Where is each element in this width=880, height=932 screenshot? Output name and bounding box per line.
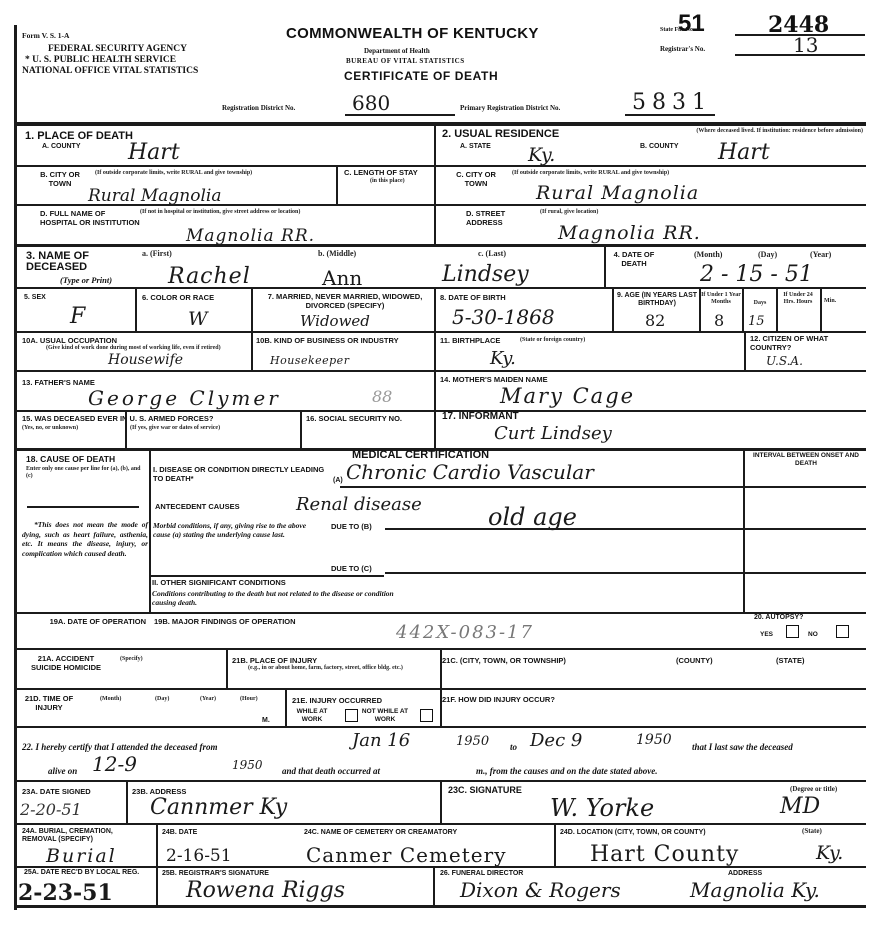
- informant: Curt Lindsey: [494, 423, 612, 444]
- cause-line-b-overwrite: Renal disease: [296, 494, 422, 515]
- injury-time-m: m.: [262, 716, 270, 725]
- cert-line2-b: and that death occurred at: [282, 766, 380, 776]
- received-date: 2-23-51: [18, 880, 113, 906]
- dod-label: 4. DATE OF DEATH: [612, 250, 656, 268]
- op-findings-label: 19b. MAJOR FINDINGS OF OPERATION: [154, 617, 296, 626]
- dod-day-label: (Day): [758, 251, 777, 258]
- autopsy-label: 20. AUTOPSY?: [754, 613, 803, 622]
- pod-city-hint: (If outside corporate limits, write RURA…: [95, 170, 330, 177]
- marital: Widowed: [300, 312, 370, 330]
- citizen-label: 12. CITIZEN OF WHAT COUNTRY?: [750, 335, 860, 352]
- dob-label: 8. DATE OF BIRTH: [440, 293, 506, 302]
- armed-hint-2: (If yes, give war or dates of service): [130, 425, 220, 432]
- certificate-title: CERTIFICATE OF DEATH: [344, 69, 498, 83]
- date-signed-label: 23a. DATE SIGNED: [22, 787, 91, 796]
- res-city-hint: (If outside corporate limits, write RURA…: [512, 170, 832, 177]
- pod-county: Hart: [128, 140, 180, 165]
- disease-label: I. DISEASE OR CONDITION DIRECTLY LEADING…: [153, 465, 333, 483]
- armed-hint-1: (Yes, no, or unknown): [22, 425, 78, 432]
- registrar-signature: Rowena Riggs: [186, 878, 345, 903]
- hours-label: If Under 24 Hrs. Hours: [778, 292, 818, 306]
- autopsy-yes-checkbox[interactable]: [786, 625, 799, 638]
- res-state-label: a. STATE: [460, 142, 491, 151]
- bureau: BUREAU OF VITAL STATISTICS: [346, 57, 465, 65]
- agency-line-2: * U. S. PUBLIC HEALTH SERVICE: [22, 55, 272, 66]
- pod-institution-hint: (If not in hospital or institution, give…: [140, 209, 420, 216]
- while-at-work-label: WHILE AT WORK: [290, 708, 334, 723]
- registrar-no-label: Registrar's No.: [660, 45, 705, 53]
- physician-address: Cannmer Ky: [150, 795, 287, 820]
- autopsy-no-label: NO: [808, 630, 818, 639]
- state-file-year: 51: [678, 10, 705, 38]
- primary-district-label: Primary Registration District No.: [460, 104, 560, 112]
- injury-time-hour: (Hour): [240, 696, 258, 703]
- cause-line-a: Chronic Cardio Vascular: [346, 460, 594, 484]
- name-label: 3. NAME OF DECEASED: [26, 251, 136, 273]
- due-c-label: DUE TO (c): [331, 564, 372, 573]
- first-name-label: a. (First): [142, 250, 172, 257]
- medical-section-title: MEDICAL CERTIFICATION: [352, 451, 489, 460]
- injury-type-hint: (Specify): [120, 656, 143, 663]
- burial-location-label: 24d. LOCATION (City, town, or county): [560, 828, 706, 837]
- agency-line-3: NATIONAL OFFICE VITAL STATISTICS: [22, 66, 272, 77]
- department: Department of Health: [364, 47, 430, 55]
- pod-institution: Magnolia RR.: [186, 226, 315, 246]
- citizen: U.S.A.: [766, 354, 803, 368]
- place-of-death-title: 1. PLACE OF DEATH: [25, 130, 133, 142]
- antecedent-label: ANTECEDENT CAUSES: [155, 502, 240, 511]
- marital-label: 7. MARRIED, NEVER MARRIED, WIDOWED, DIVO…: [256, 292, 434, 310]
- pod-county-label: a. COUNTY: [42, 142, 81, 151]
- race: W: [188, 308, 208, 330]
- funeral-director: Dixon & Rogers: [460, 878, 621, 902]
- cert-alive-year: 1950: [232, 758, 263, 772]
- name-hint: (Type or Print): [60, 275, 112, 285]
- res-county: Hart: [718, 140, 770, 165]
- injury-state-label: (STATE): [776, 656, 804, 665]
- form-number: Form V. S. 1-A: [22, 31, 69, 40]
- res-street: Magnolia RR.: [558, 222, 701, 244]
- age: 82: [645, 311, 665, 330]
- res-county-label: b. COUNTY: [640, 142, 679, 151]
- occupation-hint: (Give kind of work done during most of w…: [46, 345, 246, 352]
- cert-line1-a: 22. I hereby certify that I attended the…: [22, 742, 217, 752]
- residence-hint: (Where deceased lived. If institution: r…: [618, 128, 863, 135]
- res-street-label: d. STREET ADDRESS: [466, 209, 516, 227]
- date-of-death: 2 - 15 - 51: [700, 262, 813, 287]
- mother-label: 14. MOTHER'S MAIDEN NAME: [440, 375, 548, 384]
- injury-time-year: (Year): [200, 696, 216, 703]
- op-findings-note: 442X-083-17: [396, 622, 534, 643]
- physician-degree: MD: [780, 794, 820, 819]
- father: George Clymer: [88, 386, 281, 410]
- cause-footnote: *This does not mean the mode of dying, s…: [22, 520, 148, 558]
- received-label: 25a. DATE REC'D BY LOCAL REG.: [24, 869, 146, 877]
- age-label: 9. AGE (In years last birthday): [616, 292, 698, 308]
- primary-district: 5831: [632, 90, 712, 115]
- dob: 5-30-1868: [452, 305, 555, 329]
- injury-how-label: 21f. HOW DID INJURY OCCUR?: [442, 695, 555, 704]
- not-while-at-work-label: NOT WHILE AT WORK: [360, 708, 410, 723]
- signature-label: 23c. SIGNATURE: [448, 786, 522, 795]
- agency-block: FEDERAL SECURITY AGENCY * U. S. PUBLIC H…: [22, 44, 272, 77]
- state-title: COMMONWEALTH OF KENTUCKY: [286, 25, 539, 42]
- cert-to-date: Dec 9: [530, 730, 582, 751]
- injury-time-month: (Month): [100, 696, 121, 703]
- burial-location: Hart County: [590, 842, 739, 867]
- death-certificate: Form V. S. 1-A FEDERAL SECURITY AGENCY *…: [0, 0, 880, 932]
- business-label: 10b. KIND OF BUSINESS OR INDUSTRY: [256, 336, 432, 345]
- father-note: 88: [372, 387, 392, 406]
- business: Housekeeper: [270, 354, 349, 367]
- injury-time-day: (Day): [155, 696, 169, 703]
- other-conditions-hint: Conditions contributing to the death but…: [152, 589, 412, 607]
- res-city-label: c. CITY OR TOWN: [456, 170, 496, 188]
- cert-to-label: to: [510, 742, 517, 752]
- days-label: Days: [744, 300, 776, 307]
- burial-type-label: 24a. BURIAL, CREMATION, REMOVAL (Specify…: [22, 828, 142, 844]
- op-date-label: 19a. DATE OF OPERATION: [24, 617, 146, 627]
- cert-from-date: Jan 16: [352, 730, 410, 751]
- while-at-work-checkbox[interactable]: [345, 709, 358, 722]
- res-street-hint: (If rural, give location): [540, 209, 598, 216]
- injury-occurred-label: 21e. INJURY OCCURRED: [292, 696, 382, 705]
- informant-label: 17. INFORMANT: [442, 412, 519, 421]
- autopsy-yes-label: YES: [760, 630, 773, 639]
- mother: Mary Cage: [500, 384, 635, 408]
- dod-year-label: (Year): [810, 251, 831, 258]
- other-conditions-label: II. OTHER SIGNIFICANT CONDITIONS: [152, 578, 286, 587]
- cemetery: Canmer Cemetery: [306, 843, 507, 867]
- pod-city: Rural Magnolia: [88, 186, 221, 206]
- birthplace: Ky.: [490, 348, 516, 369]
- res-city: Rural Magnolia: [536, 182, 699, 204]
- race-label: 6. COLOR OR RACE: [142, 293, 214, 302]
- burial-type: Burial: [46, 845, 117, 867]
- interval-label: INTERVAL BETWEEN ONSET AND DEATH: [750, 452, 862, 467]
- pod-institution-label: d. FULL NAME OF HOSPITAL OR INSTITUTION: [40, 209, 140, 227]
- burial-state-label: (State): [802, 828, 822, 835]
- cert-line2-c: m., from the causes and on the date stat…: [476, 766, 658, 776]
- cert-line1-b: that I last saw the deceased: [692, 742, 793, 752]
- date-signed: 2-20-51: [20, 800, 82, 819]
- pod-city-label: b. CITY OR TOWN: [40, 170, 80, 188]
- registrar-sig-label: 25b. REGISTRAR'S SIGNATURE: [162, 869, 269, 878]
- father-label: 13. FATHER'S NAME: [22, 378, 95, 387]
- due-b-label: DUE TO (b): [331, 522, 372, 531]
- middle-name-label: b. (Middle): [318, 250, 356, 257]
- birthplace-hint: (State or foreign country): [520, 337, 585, 344]
- not-while-at-work-checkbox[interactable]: [420, 709, 433, 722]
- agency-line-1: FEDERAL SECURITY AGENCY: [22, 44, 272, 55]
- occupation-label: 10a. USUAL OCCUPATION: [22, 336, 117, 345]
- injury-place-hint: (e.g., in or about home, farm, factory, …: [248, 665, 438, 672]
- res-state: Ky.: [528, 144, 555, 166]
- antecedent-hint: Morbid conditions, if any, giving rise t…: [153, 521, 316, 539]
- line-a-label: (a): [333, 476, 343, 485]
- birthplace-label: 11. BIRTHPLACE: [440, 336, 500, 345]
- residence-title: 2. USUAL RESIDENCE: [442, 128, 559, 140]
- armed-forces-label: 15. WAS DECEASED EVER IN U. S. ARMED FOR…: [22, 414, 312, 423]
- injury-type-label: 21a. ACCIDENT SUICIDE HOMICIDE: [30, 654, 102, 672]
- ssn-label: 16. SOCIAL SECURITY NO.: [306, 414, 432, 423]
- funeral-address-label: ADDRESS: [728, 869, 762, 878]
- dod-month-label: (Month): [694, 251, 722, 258]
- first-name: Rachel: [168, 264, 251, 289]
- pod-stay-hint: (in this place): [370, 178, 405, 185]
- cause-hint: Enter only one cause per line for (a), (…: [26, 466, 146, 480]
- last-name-label: c. (Last): [478, 250, 506, 257]
- registration-district: 680: [352, 91, 390, 115]
- burial-date: 2-16-51: [166, 846, 232, 866]
- registration-district-label: Registration District No.: [222, 104, 295, 112]
- burial-date-label: 24b. DATE: [162, 828, 197, 837]
- months-label: If Under 1 Year Months: [701, 292, 741, 306]
- sex-label: 5. SEX: [24, 293, 46, 302]
- cert-to-year: 1950: [636, 732, 672, 748]
- degree-label: (Degree or title): [790, 786, 837, 793]
- days: 15: [748, 314, 765, 329]
- funeral-director-label: 26. FUNERAL DIRECTOR: [440, 869, 523, 878]
- months: 8: [714, 311, 724, 330]
- autopsy-no-checkbox[interactable]: [836, 625, 849, 638]
- injury-county-label: (COUNTY): [676, 656, 713, 665]
- cause-label: 18. CAUSE OF DEATH: [26, 455, 115, 464]
- physician-signature: W. Yorke: [550, 794, 654, 822]
- occupation: Housewife: [108, 352, 183, 368]
- injury-location-label: 21c. (CITY, TOWN, OR TOWNSHIP): [442, 656, 566, 665]
- injury-place-label: 21b. PLACE OF INJURY: [232, 656, 317, 665]
- cert-alive-on: 12-9: [92, 752, 137, 776]
- last-name: Lindsey: [442, 262, 529, 287]
- cemetery-label: 24c. NAME OF CEMETERY OR CREAMATORY: [304, 828, 457, 837]
- injury-time-label: 21d. TIME OF INJURY: [24, 694, 74, 712]
- burial-state: Ky.: [816, 842, 843, 864]
- cause-line-b: old age: [488, 503, 577, 531]
- sex: F: [70, 304, 85, 329]
- cert-from-year: 1950: [456, 734, 489, 749]
- min-label: Min.: [824, 298, 836, 305]
- pod-stay-label: c. LENGTH OF STAY: [344, 168, 430, 177]
- cert-line2-a: alive on: [48, 766, 77, 776]
- funeral-address: Magnolia Ky.: [690, 878, 820, 902]
